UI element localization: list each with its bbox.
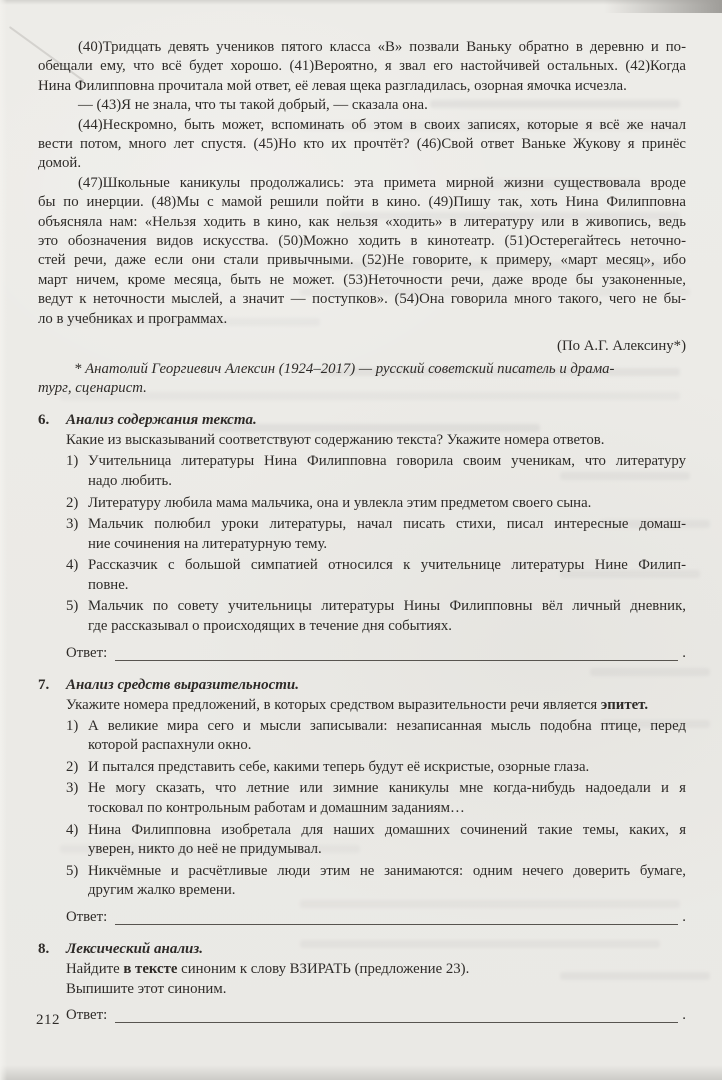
option-line: которой распахнули окно.	[88, 736, 686, 756]
option-line: Мальчик по совету учительницы литературы…	[88, 597, 686, 617]
page-content: (40)Тридцать девять учеников пятого клас…	[38, 38, 686, 1025]
text-line: март ничем, кроме месяца, быть не может.…	[38, 271, 686, 290]
intro-text: Выпишите этот синоним.	[66, 981, 226, 997]
task-option: 3)Мальчик полюбил уроки литературы, нача…	[66, 515, 686, 554]
task-intro-line: Укажите номера предложений, в которых ср…	[66, 695, 686, 715]
option-text: Учительница литературы Нина Филипповна г…	[88, 452, 686, 491]
task-body: Лексический анализ.Найдите в тексте сино…	[66, 939, 686, 1025]
reading-text: (40)Тридцать девять учеников пятого клас…	[38, 38, 686, 329]
option-line: повне.	[88, 576, 686, 596]
task-intro-line: Найдите в тексте синоним к слову ВЗИРАТЬ…	[66, 959, 686, 979]
task-intro-line: Выпишите этот синоним.	[66, 979, 686, 999]
task-option: 2)И пытался представить себе, какими теп…	[66, 758, 686, 778]
option-line: Не могу сказать, что летние или зимние к…	[88, 779, 686, 799]
task-option: 3)Не могу сказать, что летние или зимние…	[66, 779, 686, 818]
emphasized-term: эпитет.	[601, 697, 648, 713]
option-number: 5)	[66, 862, 88, 901]
footnote: * Анатолий Георгиевич Алексин (1924–2017…	[38, 360, 686, 399]
option-line: другим жалко времени.	[88, 881, 686, 901]
task-number: 6.	[38, 410, 66, 662]
task-7: 7.Анализ средств выразительности.Укажите…	[38, 675, 686, 927]
text-line: (40)Тридцать девять учеников пятого клас…	[38, 38, 686, 57]
text-line: обещали ему, что всё будет хорошо. (41)В…	[38, 57, 686, 76]
task-body: Анализ содержания текста.Какие из высказ…	[66, 410, 686, 662]
option-line: Литературу любила мама мальчика, она и у…	[88, 494, 686, 514]
task-option: 4)Нина Филипповна изобретала для наших д…	[66, 821, 686, 860]
option-text: Нина Филипповна изобретала для наших дом…	[88, 821, 686, 860]
option-text: Литературу любила мама мальчика, она и у…	[88, 494, 686, 514]
option-line: ние сочинения на литературную тему.	[88, 535, 686, 555]
option-number: 4)	[66, 556, 88, 595]
option-number: 2)	[66, 494, 88, 514]
task-title: Анализ средств выразительности.	[66, 675, 686, 695]
task-body: Анализ средств выразительности.Укажите н…	[66, 675, 686, 927]
option-text: Рассказчик с большой симпатией относился…	[88, 556, 686, 595]
task-option: 1)А великие мира сего и мысли записывали…	[66, 717, 686, 756]
text-line: вести потом, много лет спустя. (45)Но кт…	[38, 135, 686, 154]
text-line: домой.	[38, 154, 686, 173]
option-text: И пытался представить себе, какими тепер…	[88, 758, 686, 778]
option-number: 4)	[66, 821, 88, 860]
scan-edge-top	[0, 0, 722, 5]
option-number: 2)	[66, 758, 88, 778]
task-6: 6.Анализ содержания текста.Какие из выск…	[38, 410, 686, 662]
option-text: Не могу сказать, что летние или зимние к…	[88, 779, 686, 818]
emphasized-term: в тексте	[123, 961, 177, 977]
footnote-line: * Анатолий Георгиевич Алексин (1924–2017…	[38, 360, 686, 379]
answer-label: Ответ:	[66, 907, 107, 927]
option-number: 3)	[66, 779, 88, 818]
text-line: (47)Школьные каникулы продолжались: эта …	[38, 174, 686, 193]
intro-text: Укажите номера предложений, в которых ср…	[66, 697, 601, 713]
page-number: 212	[36, 1012, 60, 1029]
scan-edge-left	[0, 0, 7, 1080]
text-line: ло в учебниках и программах.	[38, 310, 686, 329]
option-number: 1)	[66, 452, 88, 491]
intro-text: Какие из высказываний соответствуют соде…	[66, 432, 604, 448]
task-title: Лексический анализ.	[66, 939, 686, 959]
text-line: (44)Нескромно, быть может, вспоминать об…	[38, 116, 686, 135]
attribution: (По А.Г. Алексину*)	[38, 337, 686, 356]
option-line: Рассказчик с большой симпатией относился…	[88, 556, 686, 576]
text-line: это обозначения видов искусства. (50)Мож…	[38, 232, 686, 251]
task-option: 2)Литературу любила мама мальчика, она и…	[66, 494, 686, 514]
option-line: уверен, никто до неё не придумывал.	[88, 840, 686, 860]
answer-period: .	[682, 1005, 686, 1025]
text-line: стей речи, даже если они стали привычным…	[38, 251, 686, 270]
option-text: Мальчик полюбил уроки литературы, начал …	[88, 515, 686, 554]
answer-row: Ответ:.	[66, 643, 686, 663]
scan-edge-bottom	[0, 1065, 722, 1080]
footnote-line: тург, сценарист.	[38, 379, 686, 398]
option-text: Никчёмные и расчётливые люди этим не зан…	[88, 862, 686, 901]
option-line: надо любить.	[88, 472, 686, 492]
text-line: ведут к неточности мыслей, а значит — по…	[38, 290, 686, 309]
answer-row: Ответ:.	[66, 1005, 686, 1025]
option-line: тосковал по контрольным работам и домашн…	[88, 799, 686, 819]
tasks-container: 6.Анализ содержания текста.Какие из выск…	[38, 410, 686, 1025]
option-line: А великие мира сего и мысли записывали: …	[88, 717, 686, 737]
text-line: — (43)Я не знала, что ты такой добрый, —…	[38, 96, 686, 115]
option-number: 5)	[66, 597, 88, 636]
task-option: 4)Рассказчик с большой симпатией относил…	[66, 556, 686, 595]
option-line: И пытался представить себе, какими тепер…	[88, 758, 686, 778]
option-line: Учительница литературы Нина Филипповна г…	[88, 452, 686, 472]
option-line: Нина Филипповна изобретала для наших дом…	[88, 821, 686, 841]
scan-shadow-top-right	[604, 0, 722, 13]
answer-row: Ответ:.	[66, 907, 686, 927]
option-line: где рассказывал о происходящих в течение…	[88, 617, 686, 637]
scanned-page: (40)Тридцать девять учеников пятого клас…	[0, 0, 722, 1080]
option-text: Мальчик по совету учительницы литературы…	[88, 597, 686, 636]
option-line: Никчёмные и расчётливые люди этим не зан…	[88, 862, 686, 882]
text-line: бы по инерции. (48)Мы с мамой решили пой…	[38, 193, 686, 212]
text-line: объясняла нам: «Нельзя ходить в кино, ка…	[38, 213, 686, 232]
intro-text: Найдите	[66, 961, 123, 977]
option-number: 1)	[66, 717, 88, 756]
task-option: 5)Мальчик по совету учительницы литерату…	[66, 597, 686, 636]
answer-label: Ответ:	[66, 643, 107, 663]
answer-period: .	[682, 643, 686, 663]
task-option: 5)Никчёмные и расчётливые люди этим не з…	[66, 862, 686, 901]
option-number: 3)	[66, 515, 88, 554]
intro-text: синоним к слову ВЗИРАТЬ (предложение 23)…	[177, 961, 469, 977]
answer-period: .	[682, 907, 686, 927]
answer-blank	[115, 1008, 678, 1023]
answer-blank	[115, 910, 678, 925]
task-title: Анализ содержания текста.	[66, 410, 686, 430]
task-intro-line: Какие из высказываний соответствуют соде…	[66, 430, 686, 450]
answer-label: Ответ:	[66, 1005, 107, 1025]
task-number: 7.	[38, 675, 66, 927]
task-8: 8.Лексический анализ.Найдите в тексте си…	[38, 939, 686, 1025]
answer-blank	[115, 646, 678, 661]
task-option: 1)Учительница литературы Нина Филипповна…	[66, 452, 686, 491]
text-line: Нина Филипповна прочитала мой ответ, её …	[38, 77, 686, 96]
option-text: А великие мира сего и мысли записывали: …	[88, 717, 686, 756]
option-line: Мальчик полюбил уроки литературы, начал …	[88, 515, 686, 535]
